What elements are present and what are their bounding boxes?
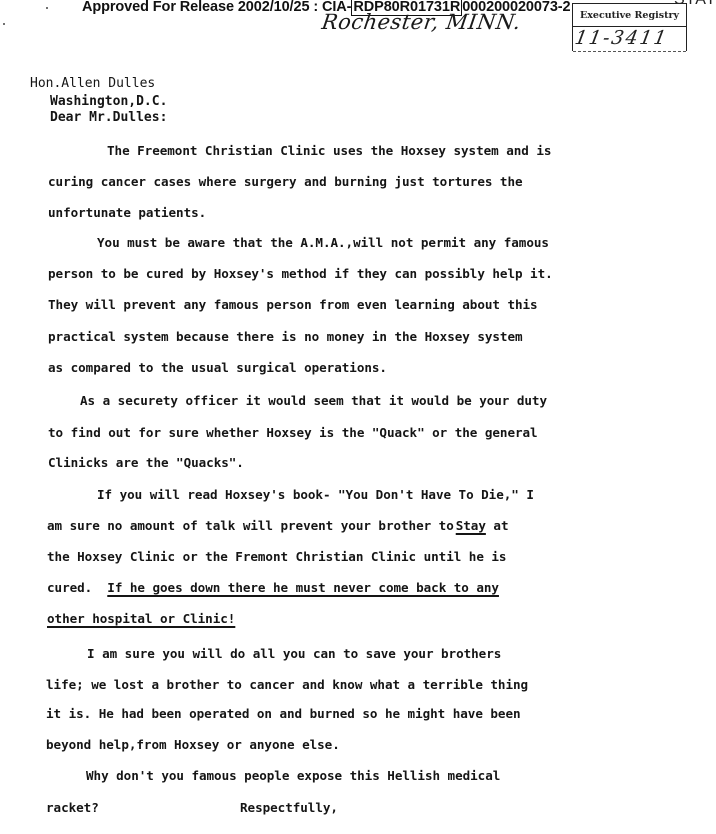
text-line: Why don't you famous people expose this … [86,768,500,783]
text-run: at [493,518,508,533]
text-line: practical system because there is no mon… [48,329,523,344]
text-line: You must be aware that the A.M.A.,will n… [97,235,549,250]
text-line: If you will read Hoxsey's book- "You Don… [97,487,534,502]
text-run: am sure no amount of talk will prevent y… [47,518,454,533]
scan-speck [3,23,5,25]
greeting: Dear Mr.Dulles: [50,110,167,125]
text-line: As a securety officer it would seem that… [80,393,547,408]
addressee: Hon.Allen Dulles [30,76,155,91]
handwritten-location: Rochester, MINN. [320,10,522,34]
text-line: cured. If he goes down there he must nev… [47,580,499,595]
executive-registry-stamp: Executive Registry 11-3411 [572,3,687,51]
text-line: Clinicks are the "Quacks". [48,455,244,470]
closing: Respectfully, [240,800,338,815]
text-line: the Hoxsey Clinic or the Fremont Christi… [47,549,506,564]
text-line: person to be cured by Hoxsey's method if… [48,266,553,281]
text-line: am sure no amount of talk will prevent y… [47,518,509,533]
registry-label: Executive Registry [573,3,686,27]
text-line: beyond help,from Hoxsey or anyone else. [46,737,340,752]
text-line: They will prevent any famous person from… [48,297,538,312]
underlined-stay: Stay [456,518,486,533]
release-prefix: Approved For Release 2002/10/25 : CIA- [82,0,351,15]
text-line: curing cancer cases where surgery and bu… [48,174,523,189]
scan-speck [46,7,48,9]
text-run: cured. [47,580,92,595]
underlined-warning-cont: other hospital or Clinic! [47,611,235,626]
text-line: as compared to the usual surgical operat… [48,360,387,375]
text-line: unfortunate patients. [48,205,206,220]
text-line: to find out for sure whether Hoxsey is t… [48,425,538,440]
text-line: The Freemont Christian Clinic uses the H… [107,143,551,158]
text-line: I am sure you will do all you can to sav… [87,646,501,661]
text-line: life; we lost a brother to cancer and kn… [46,677,528,692]
address-city: Washington,D.C. [50,94,167,109]
underlined-warning: If he goes down there he must never come… [107,580,499,595]
text-line: it is. He had been operated on and burne… [46,706,521,721]
registry-number-row: 11-3411 [573,27,686,52]
registry-number: 11-3411 [573,27,670,49]
text-line: racket? [46,800,99,815]
